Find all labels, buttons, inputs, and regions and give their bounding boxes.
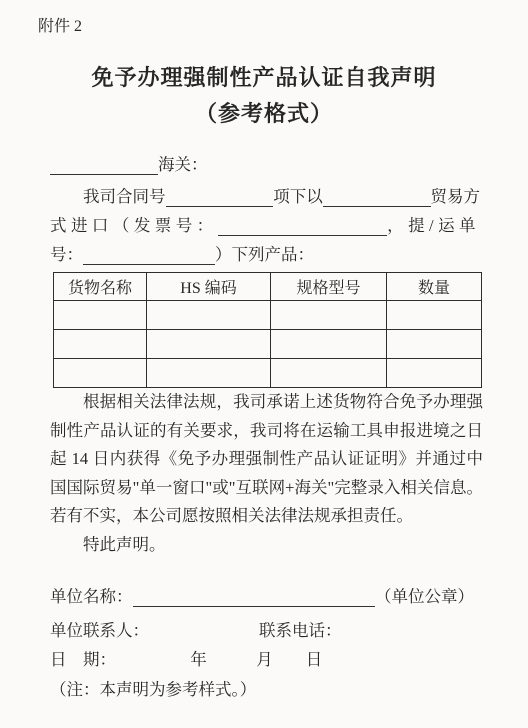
- customs-line: 海关：: [50, 153, 480, 175]
- empty-cell: [387, 301, 482, 330]
- import-label: 式进口（发票号：: [50, 212, 218, 236]
- empty-cell: [147, 330, 271, 359]
- header-hs-code: HS 编码: [147, 273, 271, 301]
- empty-cell: [271, 359, 387, 388]
- document-title: 免予办理强制性产品认证自我声明 （参考格式）: [0, 60, 528, 132]
- empty-cell: [387, 330, 482, 359]
- trade-mode-blank: [323, 186, 431, 207]
- contract-label: 我司合同号: [83, 183, 166, 207]
- goods-table-header-row: 货物名称 HS 编码 规格型号 数量: [54, 273, 482, 301]
- footnote: （注：本声明为参考样式。）: [50, 676, 480, 700]
- table-row: [54, 330, 482, 359]
- customs-label: 海关：: [158, 151, 208, 175]
- header-spec-model: 规格型号: [271, 273, 387, 301]
- under-label: 项下以: [273, 183, 323, 207]
- customs-name-blank: [50, 154, 158, 175]
- contact-person-label: 单位联系人：: [50, 617, 149, 641]
- title-line2: （参考格式）: [0, 96, 528, 132]
- empty-cell: [147, 301, 271, 330]
- empty-cell: [54, 301, 147, 330]
- empty-cell: [54, 330, 147, 359]
- empty-cell: [271, 330, 387, 359]
- document-page: 附件 2 免予办理强制性产品认证自我声明 （参考格式） 海关： 我司合同号 项下…: [0, 0, 528, 728]
- declaration-paragraph: 根据相关法律法规，我司承诺上述货物符合免予办理强制性产品认证的有关要求，我司将在…: [50, 388, 483, 531]
- bill-no-blank: [83, 244, 215, 265]
- invoice-no-blank: [218, 215, 388, 236]
- contact-line: 单位联系人： 联系电话：: [50, 619, 480, 641]
- trade-label: 贸易方: [431, 183, 481, 207]
- intro-line-1: 我司合同号 项下以 贸易方: [50, 185, 480, 207]
- org-name-label: 单位名称：: [50, 583, 133, 607]
- empty-cell: [387, 359, 482, 388]
- org-name-blank: [133, 586, 376, 607]
- intro-line-2: 式进口（发票号： ，提/运单: [50, 214, 480, 236]
- header-quantity: 数量: [387, 273, 482, 301]
- empty-cell: [147, 359, 271, 388]
- attachment-label: 附件 2: [38, 13, 82, 36]
- no-label: 号：: [50, 241, 83, 265]
- contact-phone-label: 联系电话：: [259, 617, 342, 641]
- contract-no-blank: [166, 186, 274, 207]
- intro-line-3: 号： ）下列产品：: [50, 243, 480, 265]
- seal-label: （单位公章）: [375, 583, 474, 607]
- header-goods-name: 货物名称: [54, 273, 147, 301]
- products-label: ）下列产品：: [215, 241, 314, 265]
- org-name-line: 单位名称： （单位公章）: [50, 585, 474, 607]
- date-line: 日 期： 年 月 日: [50, 648, 480, 670]
- declaration-closing: 特此声明。: [50, 531, 250, 555]
- table-row: [54, 359, 482, 388]
- bill-label: ，提/运单: [387, 212, 480, 236]
- title-line1: 免予办理强制性产品认证自我声明: [0, 60, 528, 96]
- empty-cell: [271, 301, 387, 330]
- goods-table: 货物名称 HS 编码 规格型号 数量: [53, 272, 482, 388]
- empty-cell: [54, 359, 147, 388]
- table-row: [54, 301, 482, 330]
